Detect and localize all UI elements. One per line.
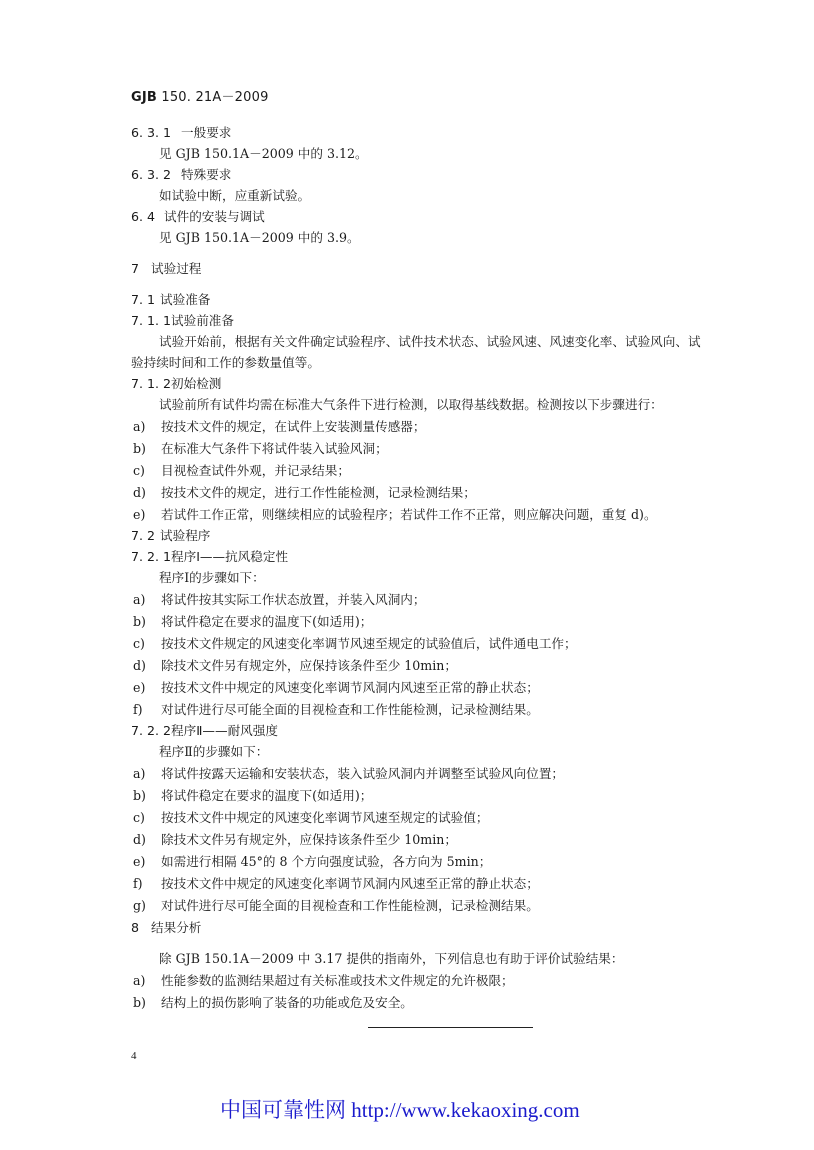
- section-heading-7-2-1: 7. 2. 1程序Ⅰ——抗风稳定性: [131, 548, 288, 566]
- list-item: a)性能参数的监测结果超过有关标准或技术文件规定的允许极限；: [131, 972, 514, 990]
- paragraph: 如试验中断，应重新试验。: [159, 187, 310, 205]
- list-item: b)结构上的损伤影响了装备的功能或危及安全。: [131, 994, 413, 1012]
- list-item: a)按技术文件的规定，在试件上安装测量传感器；: [131, 418, 425, 436]
- footer-watermark-link[interactable]: 中国可靠性网 http://www.kekaoxing.com: [220, 1094, 580, 1124]
- list-item: d)除技术文件另有规定外，应保持该条件至少 10min；: [131, 657, 457, 675]
- list-item: c)按技术文件中规定的风速变化率调节风速至规定的试验值；: [131, 809, 488, 827]
- section-heading-7-2-2: 7. 2. 2程序Ⅱ——耐风强度: [131, 722, 278, 740]
- footer-site-name: 中国可靠性网: [220, 1098, 346, 1122]
- page-number: 4: [131, 1050, 137, 1062]
- section-heading-7-1-1: 7. 1. 1试验前准备: [131, 312, 234, 330]
- section-heading-6-3-2: 6. 3. 2特殊要求: [131, 166, 231, 184]
- paragraph: 除 GJB 150.1A－2009 中 3.17 提供的指南外，下列信息也有助于…: [159, 950, 623, 968]
- list-item: b)在标准大气条件下将试件装入试验风洞；: [131, 440, 388, 458]
- section-heading-8: 8结果分析: [131, 919, 201, 937]
- list-item: a)将试件按露天运输和安装状态，装入试验风洞内并调整至试验风向位置；: [131, 765, 564, 783]
- list-item: c)目视检查试件外观，并记录结果；: [131, 462, 350, 480]
- paragraph: 程序Ⅱ的步骤如下：: [159, 743, 268, 761]
- section-heading-6-4: 6. 4试件的安装与调试: [131, 208, 265, 226]
- list-item: b)将试件稳定在要求的温度下(如适用)；: [131, 613, 372, 631]
- paragraph: 试验前所有试件均需在标准大气条件下进行检测，以取得基线数据。检测按以下步骤进行：: [159, 396, 663, 414]
- list-item: e)按技术文件中规定的风速变化率调节风洞内风速至正常的静止状态；: [131, 679, 539, 697]
- list-item: d)除技术文件另有规定外，应保持该条件至少 10min；: [131, 831, 457, 849]
- paragraph: 见 GJB 150.1A－2009 中的 3.9。: [159, 229, 360, 247]
- paragraph: 见 GJB 150.1A－2009 中的 3.12。: [159, 145, 368, 163]
- footer-url[interactable]: http://www.kekaoxing.com: [351, 1098, 579, 1122]
- list-item: f)对试件进行尽可能全面的目视检查和工作性能检测，记录检测结果。: [131, 701, 539, 719]
- section-heading-7: 7试验过程: [131, 260, 201, 278]
- list-item: b)将试件稳定在要求的温度下(如适用)；: [131, 787, 372, 805]
- paragraph: 程序Ⅰ的步骤如下：: [159, 569, 265, 587]
- list-item: e)如需进行相隔 45°的 8 个方向强度试验，各方向为 5min；: [131, 853, 491, 871]
- paragraph-continuation: 验持续时间和工作的参数量值等。: [131, 354, 320, 372]
- end-divider: [368, 1027, 533, 1028]
- list-item: a)将试件按其实际工作状态放置，并装入风洞内；: [131, 591, 425, 609]
- list-item: c)按技术文件规定的风速变化率调节风速至规定的试验值后，试件通电工作；: [131, 635, 577, 653]
- section-heading-7-2: 7. 2试验程序: [131, 527, 210, 545]
- standard-code-header: GJB 150. 21A－2009: [131, 86, 269, 105]
- standard-code-prefix: GJB: [131, 90, 157, 105]
- list-item: e)若试件工作正常，则继续相应的试验程序；若试件工作不正常，则应解决问题，重复 …: [131, 506, 657, 524]
- document-page: GJB 150. 21A－2009 6. 3. 1一般要求 见 GJB 150.…: [0, 0, 814, 1150]
- list-item: f)按技术文件中规定的风速变化率调节风洞内风速至正常的静止状态；: [131, 875, 539, 893]
- standard-code-number: 150. 21A－2009: [157, 90, 269, 105]
- paragraph: 试验开始前，根据有关文件确定试验程序、试件技术状态、试验风速、风速变化率、试验风…: [159, 333, 701, 351]
- section-heading-7-1: 7. 1试验准备: [131, 291, 210, 309]
- list-item: d)按技术文件的规定，进行工作性能检测，记录检测结果；: [131, 484, 476, 502]
- list-item: g)对试件进行尽可能全面的目视检查和工作性能检测，记录检测结果。: [131, 897, 539, 915]
- section-heading-6-3-1: 6. 3. 1一般要求: [131, 124, 231, 142]
- section-heading-7-1-2: 7. 1. 2初始检测: [131, 375, 221, 393]
